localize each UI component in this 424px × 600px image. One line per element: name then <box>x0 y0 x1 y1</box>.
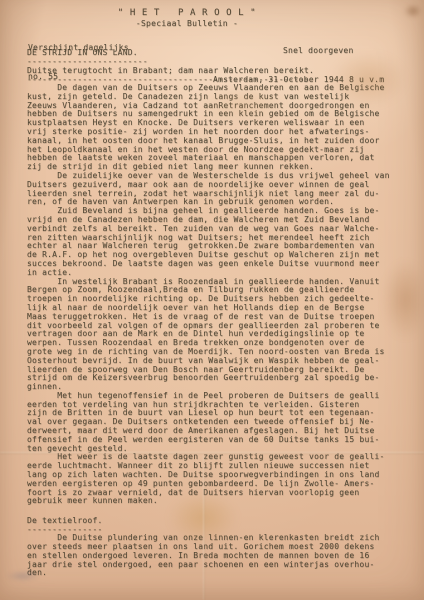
masthead-title: " H E T P A R O O L " <box>0 8 374 18</box>
section-gap <box>27 506 406 516</box>
paragraph: Zuid Beveland is bijna geheel in geallie… <box>27 207 406 277</box>
article-body: DE STRIJD IN ONS LAND. -----------------… <box>27 48 406 578</box>
paragraph: Met hun tegenoffensief in de Peel prober… <box>27 392 406 454</box>
paper-stain <box>404 4 422 18</box>
paragraph: Het weer is de laatste dagen zeer gunsti… <box>27 453 406 506</box>
paragraph: De Duitse plundering van onze linnen-en … <box>27 534 406 578</box>
bulletin-page: " H E T P A R O O L " -Speciaal Bulletin… <box>0 0 424 600</box>
paragraph: In westelijk Brabant is Roozendaal in ge… <box>27 278 406 392</box>
heading-rule: ------------------------ <box>27 58 406 66</box>
paragraph: De dagen van de Duitsers op Zeeuws Vlaan… <box>27 84 406 172</box>
paragraph: De zuidelijke oever van de Westerschelde… <box>27 172 406 207</box>
